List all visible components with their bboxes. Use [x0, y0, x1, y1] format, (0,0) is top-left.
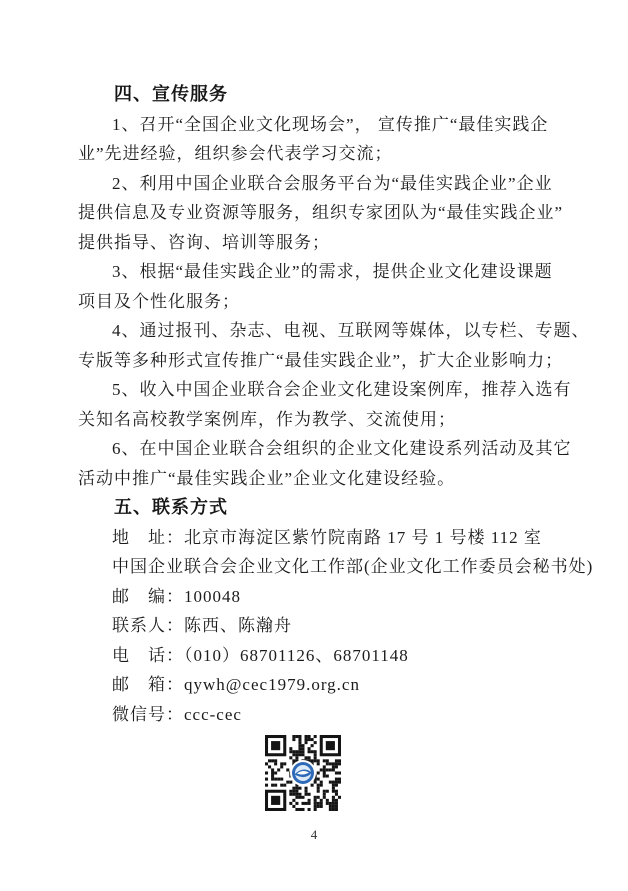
contact-line-phone: 电 话：（010）68701126、68701148 — [78, 641, 556, 671]
body-line: 2、利用中国企业联合会服务平台为“最佳实践企业”企业 — [78, 169, 556, 199]
body-line: 提供指导、咨询、培训等服务； — [78, 228, 556, 258]
document-page: 四、宣传服务 1、召开“全国企业文化现场会”， 宣传推广“最佳实践企 业”先进经… — [0, 0, 628, 891]
document-body: 四、宣传服务 1、召开“全国企业文化现场会”， 宣传推广“最佳实践企 业”先进经… — [78, 80, 556, 811]
contact-line-person: 联系人：陈西、陈瀚舟 — [78, 611, 556, 641]
body-line: 3、根据“最佳实践企业”的需求，提供企业文化建设课题 — [78, 257, 556, 287]
contact-line-wechat-id: 微信号：ccc-cec — [78, 700, 556, 730]
body-line: 提供信息及专业资源等服务，组织专家团队为“最佳实践企业” — [78, 198, 556, 228]
body-line: 项目及个性化服务； — [78, 287, 556, 317]
body-line: 6、在中国企业联合会组织的企业文化建设系列活动及其它 — [78, 434, 556, 464]
section-heading-contact: 五、联系方式 — [78, 493, 556, 523]
body-line: 活动中推广“最佳实践企业”企业文化建设经验。 — [78, 464, 556, 494]
contact-line-zipcode: 邮 编：100048 — [78, 582, 556, 612]
page-number: 4 — [0, 827, 628, 843]
body-line: 4、通过报刊、杂志、电视、互联网等媒体，以专栏、专题、 — [78, 316, 556, 346]
contact-line-org: 中国企业联合会企业文化工作部(企业文化工作委员会秘书处) — [78, 552, 556, 582]
body-line: 专版等多种形式宣传推广“最佳实践企业”，扩大企业影响力； — [78, 346, 556, 376]
body-line: 关知名高校教学案例库，作为教学、交流使用； — [78, 405, 556, 435]
body-line: 5、收入中国企业联合会企业文化建设案例库，推荐入选有 — [78, 375, 556, 405]
wechat-qr-code — [265, 735, 341, 811]
body-line: 1、召开“全国企业文化现场会”， 宣传推广“最佳实践企 — [78, 110, 556, 140]
section-heading-promotion: 四、宣传服务 — [78, 80, 556, 110]
qr-code-pattern — [265, 735, 341, 811]
contact-line-address: 地 址：北京市海淀区紫竹院南路 17 号 1 号楼 112 室 — [78, 523, 556, 553]
contact-line-email: 邮 箱：qywh@cec1979.org.cn — [78, 670, 556, 700]
body-line: 业”先进经验，组织参会代表学习交流； — [78, 139, 556, 169]
